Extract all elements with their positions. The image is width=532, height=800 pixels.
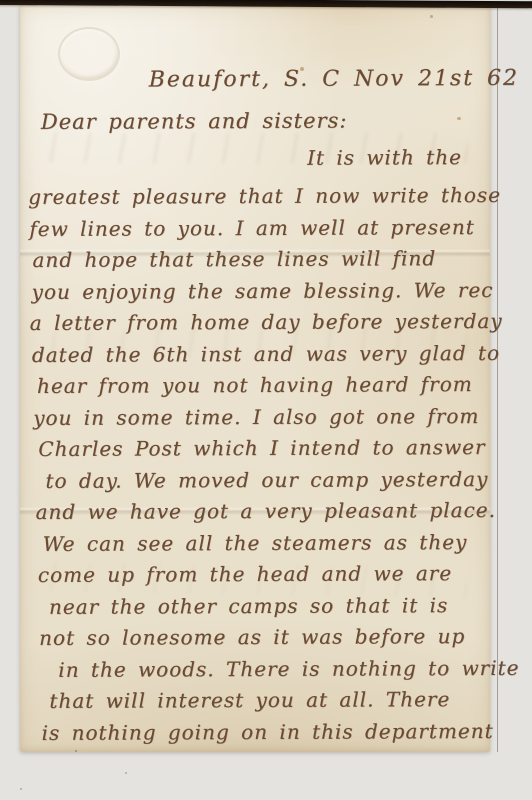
letter-line: few lines to you. I am well at present <box>29 213 489 247</box>
letter-line: near the other camps so that it is <box>49 591 491 624</box>
letter-line: It is with the <box>307 144 489 183</box>
letter-line: you enjoying the same blessing. We rec <box>32 276 490 309</box>
letter-line: hear from you not having heard from <box>37 371 490 404</box>
letter-line: and hope that these lines will find <box>32 245 489 278</box>
letter-line: in the woods. There is nothing to write <box>58 654 491 687</box>
letter-line: you in some time. I also got one from <box>33 402 490 435</box>
letter-line: greatest pleasure that I now write those <box>28 182 489 216</box>
letter-line: Dear parents and sisters: <box>41 107 489 146</box>
back-sheet-edge <box>497 8 498 752</box>
letter-line: not so lonesome as it was before up <box>39 623 491 656</box>
scanned-letter-page: Beaufort, S. C Nov 21st 62Dear parents a… <box>0 0 532 800</box>
dust-speck <box>125 772 127 774</box>
letter-line: Beaufort, S. C Nov 21st 62 <box>149 66 489 108</box>
letter-line: We can see all the steamers as they <box>43 528 491 561</box>
letter-line: a letter from home day before yesterday <box>30 308 490 342</box>
letter-paper: Beaufort, S. C Nov 21st 62Dear parents a… <box>20 5 490 752</box>
dust-speck <box>20 788 22 790</box>
letter-lines: Beaufort, S. C Nov 21st 62Dear parents a… <box>18 4 491 753</box>
letter-line: is nothing going on in this department <box>41 717 491 750</box>
letter-line: and we have got a very pleasant place. <box>36 497 491 530</box>
letter-line: that will interest you at all. There <box>49 686 491 719</box>
letter-line: to day. We moved our camp yesterday <box>45 465 490 498</box>
letter-line: dated the 6th inst and was very glad to <box>32 339 490 372</box>
letter-line: Charles Post which I intend to answer <box>38 434 490 467</box>
letter-line: come up from the head and we are <box>38 560 491 593</box>
